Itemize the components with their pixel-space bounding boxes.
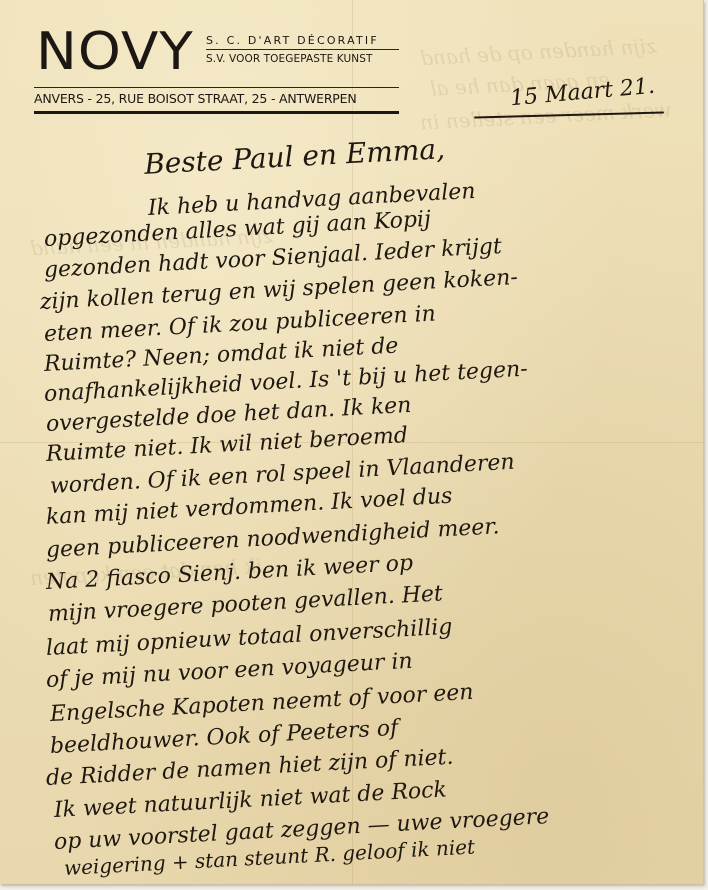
letterhead-address: ANVERS - 25, RUE BOISOT STRAAT, 25 - ANT… [34,91,399,106]
letterhead-subtitle-nl: S.V. VOOR TOEGEPASTE KUNST [206,53,399,65]
letterhead-divider [34,87,399,88]
letter-page: zijn handen op de hand en gaan dan he al… [0,0,704,884]
letterhead-brand: NOVY [36,26,194,78]
letterhead-rule [34,111,399,114]
letterhead-subtitle-fr: S. C. D'ART DÉCORATIF [206,34,399,50]
letter-salutation: Beste Paul en Emma, [143,132,445,181]
bleed-through-text: zijn handen op de hand [420,34,658,70]
